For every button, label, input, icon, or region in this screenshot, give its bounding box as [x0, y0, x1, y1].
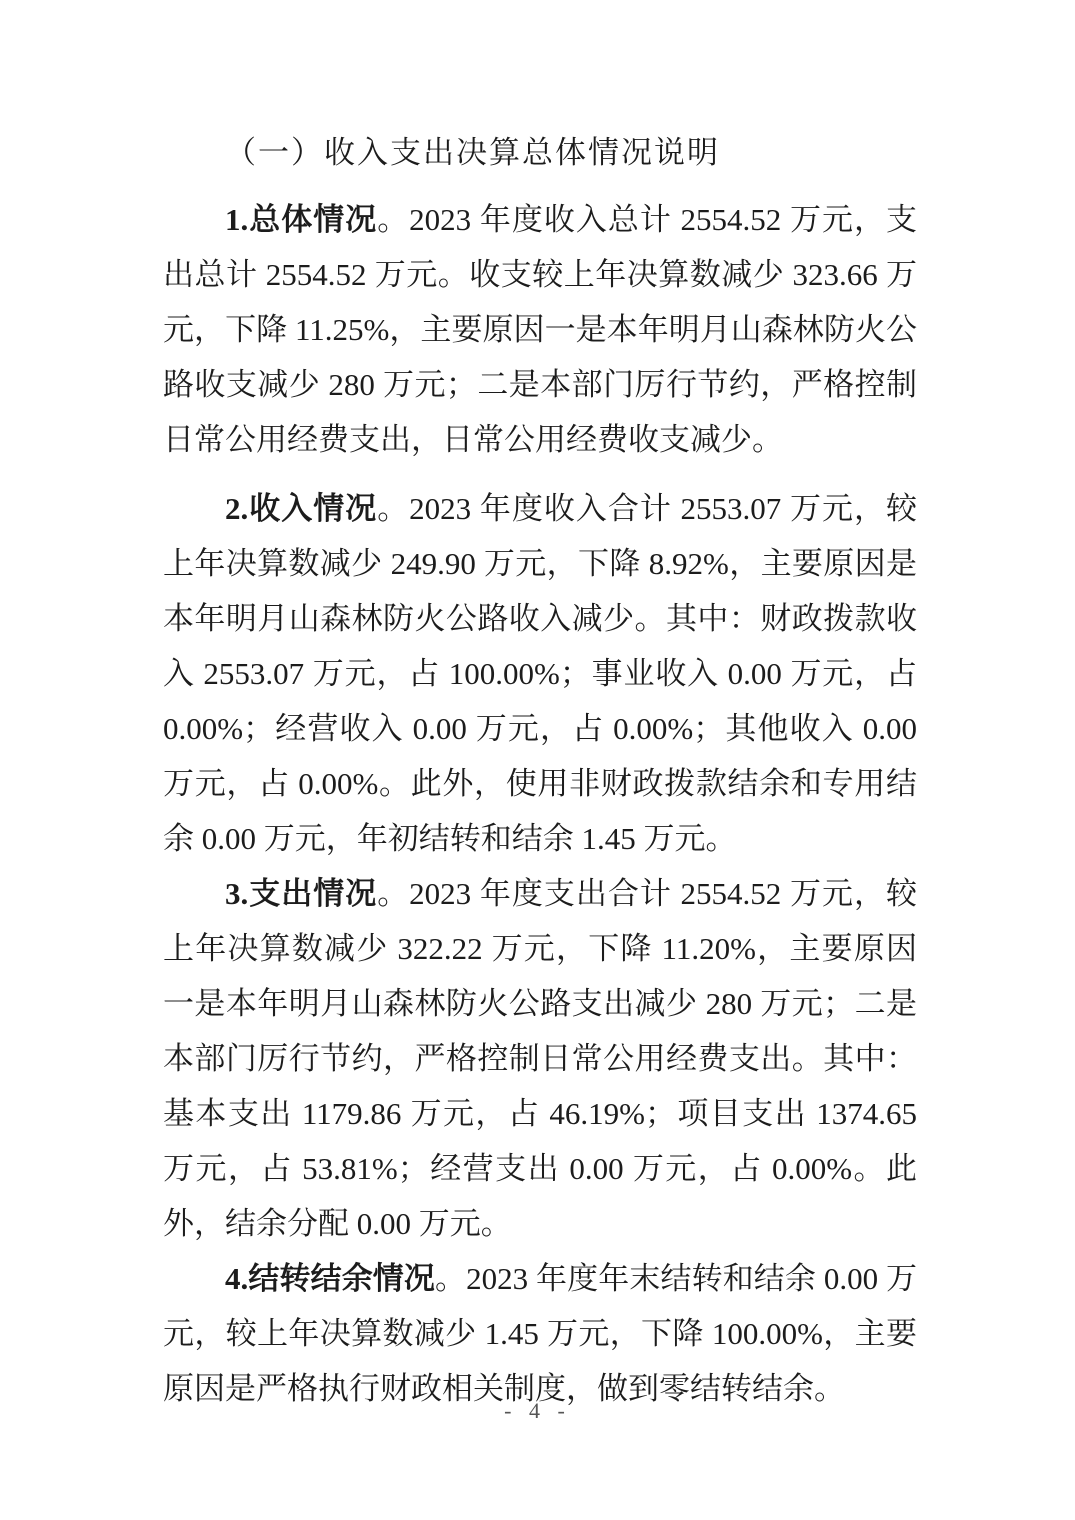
document-page: （一）收入支出决算总体情况说明 1.总体情况。2023 年度收入总计 2554.… [0, 0, 1075, 1520]
paragraph-lead: 2.收入情况 [225, 491, 377, 526]
page-number: - 4 - [0, 1398, 1075, 1424]
paragraph-text: 。2023 年度支出合计 2554.52 万元，较上年决算数减少 322.22 … [163, 876, 917, 1241]
section-heading: （一）收入支出决算总体情况说明 [163, 124, 917, 182]
paragraph-carryover-situation: 4.结转结余情况。2023 年度年末结转和结余 0.00 万元，较上年决算数减少… [163, 1251, 917, 1416]
paragraph-lead: 1.总体情况 [225, 202, 377, 237]
paragraph-lead: 4.结转结余情况 [225, 1261, 435, 1296]
paragraph-expenditure-situation: 3.支出情况。2023 年度支出合计 2554.52 万元，较上年决算数减少 3… [163, 866, 917, 1251]
paragraph-text: 。2023 年度收入合计 2553.07 万元，较上年决算数减少 249.90 … [163, 491, 917, 856]
paragraph-lead: 3.支出情况 [225, 876, 377, 911]
paragraph-overall-situation: 1.总体情况。2023 年度收入总计 2554.52 万元，支出总计 2554.… [163, 192, 917, 467]
paragraph-text: 。2023 年度收入总计 2554.52 万元，支出总计 2554.52 万元。… [163, 202, 917, 457]
document-body: （一）收入支出决算总体情况说明 1.总体情况。2023 年度收入总计 2554.… [163, 124, 917, 1416]
paragraph-income-situation: 2.收入情况。2023 年度收入合计 2553.07 万元，较上年决算数减少 2… [163, 481, 917, 866]
